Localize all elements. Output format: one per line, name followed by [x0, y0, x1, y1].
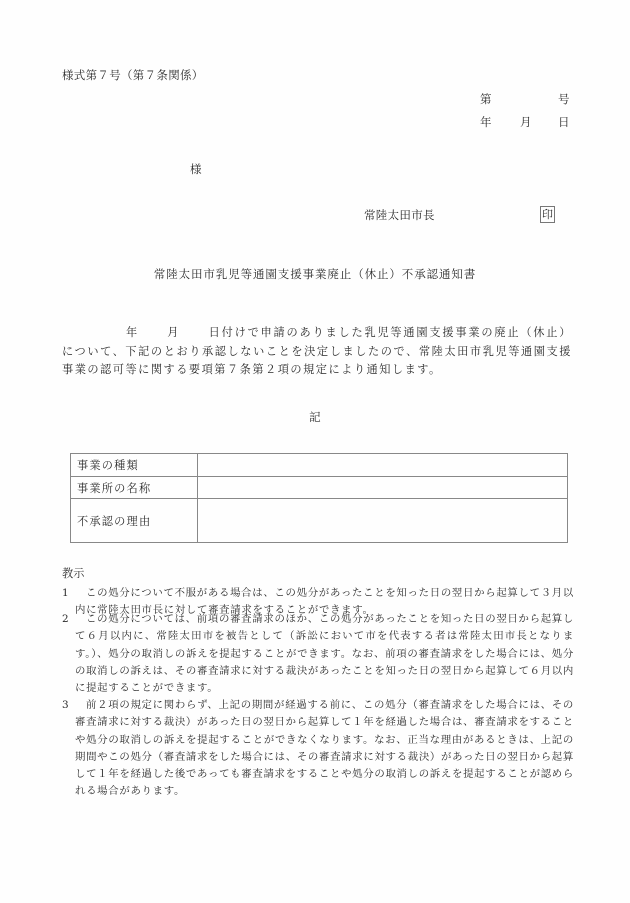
item-number: 3 — [62, 697, 69, 714]
item-text: この処分については、前項の審査請求のほか、この処分があったことを知った日の翌日か… — [62, 611, 574, 697]
body-month: 月 — [167, 326, 180, 339]
issuer-name: 常陸太田市長 — [364, 208, 435, 222]
row-label: 不承認の理由 — [71, 499, 198, 543]
date-month: 月 — [520, 115, 532, 129]
body-paragraph: 年月日付けで申請のありました乳児等通園支援事業の廃止（休止）について、下記のとお… — [62, 324, 572, 380]
date-year: 年 — [480, 115, 492, 129]
date-day: 日 — [558, 115, 570, 129]
body-year: 年 — [126, 326, 139, 339]
item-number: 1 — [62, 585, 69, 602]
ki-heading: 記 — [0, 410, 630, 424]
item-number: 2 — [62, 611, 69, 628]
document-title: 常陸太田市乳児等通園支援事業廃止（休止）不承認通知書 — [0, 267, 630, 281]
table-row: 事業所の名称 — [71, 477, 568, 499]
notice-item: 2 この処分については、前項の審査請求のほか、この処分があったことを知った日の翌… — [62, 611, 574, 697]
form-number: 様式第７号（第７条関係） — [62, 68, 204, 82]
item-text: 前２項の規定に関わらず、上記の期間が経過する前に、この処分（審査請求をした場合に… — [62, 697, 574, 801]
row-label: 事業所の名称 — [71, 477, 198, 499]
table-row: 事業の種類 — [71, 454, 568, 477]
notice-item: 3 前２項の規定に関わらず、上記の期間が経過する前に、この処分（審査請求をした場… — [62, 697, 574, 801]
row-label: 事業の種類 — [71, 454, 198, 477]
table-row: 不承認の理由 — [71, 499, 568, 543]
row-value-office-name[interactable] — [198, 477, 568, 499]
seal-box: 印 — [540, 206, 555, 223]
row-value-rejection-reason[interactable] — [198, 499, 568, 543]
ref-suffix: 号 — [558, 92, 570, 106]
ref-prefix: 第 — [480, 92, 492, 106]
row-value-business-type[interactable] — [198, 454, 568, 477]
addressee: 様 — [190, 162, 202, 176]
details-table: 事業の種類 事業所の名称 不承認の理由 — [70, 453, 568, 543]
notice-heading: 教示 — [62, 565, 84, 581]
